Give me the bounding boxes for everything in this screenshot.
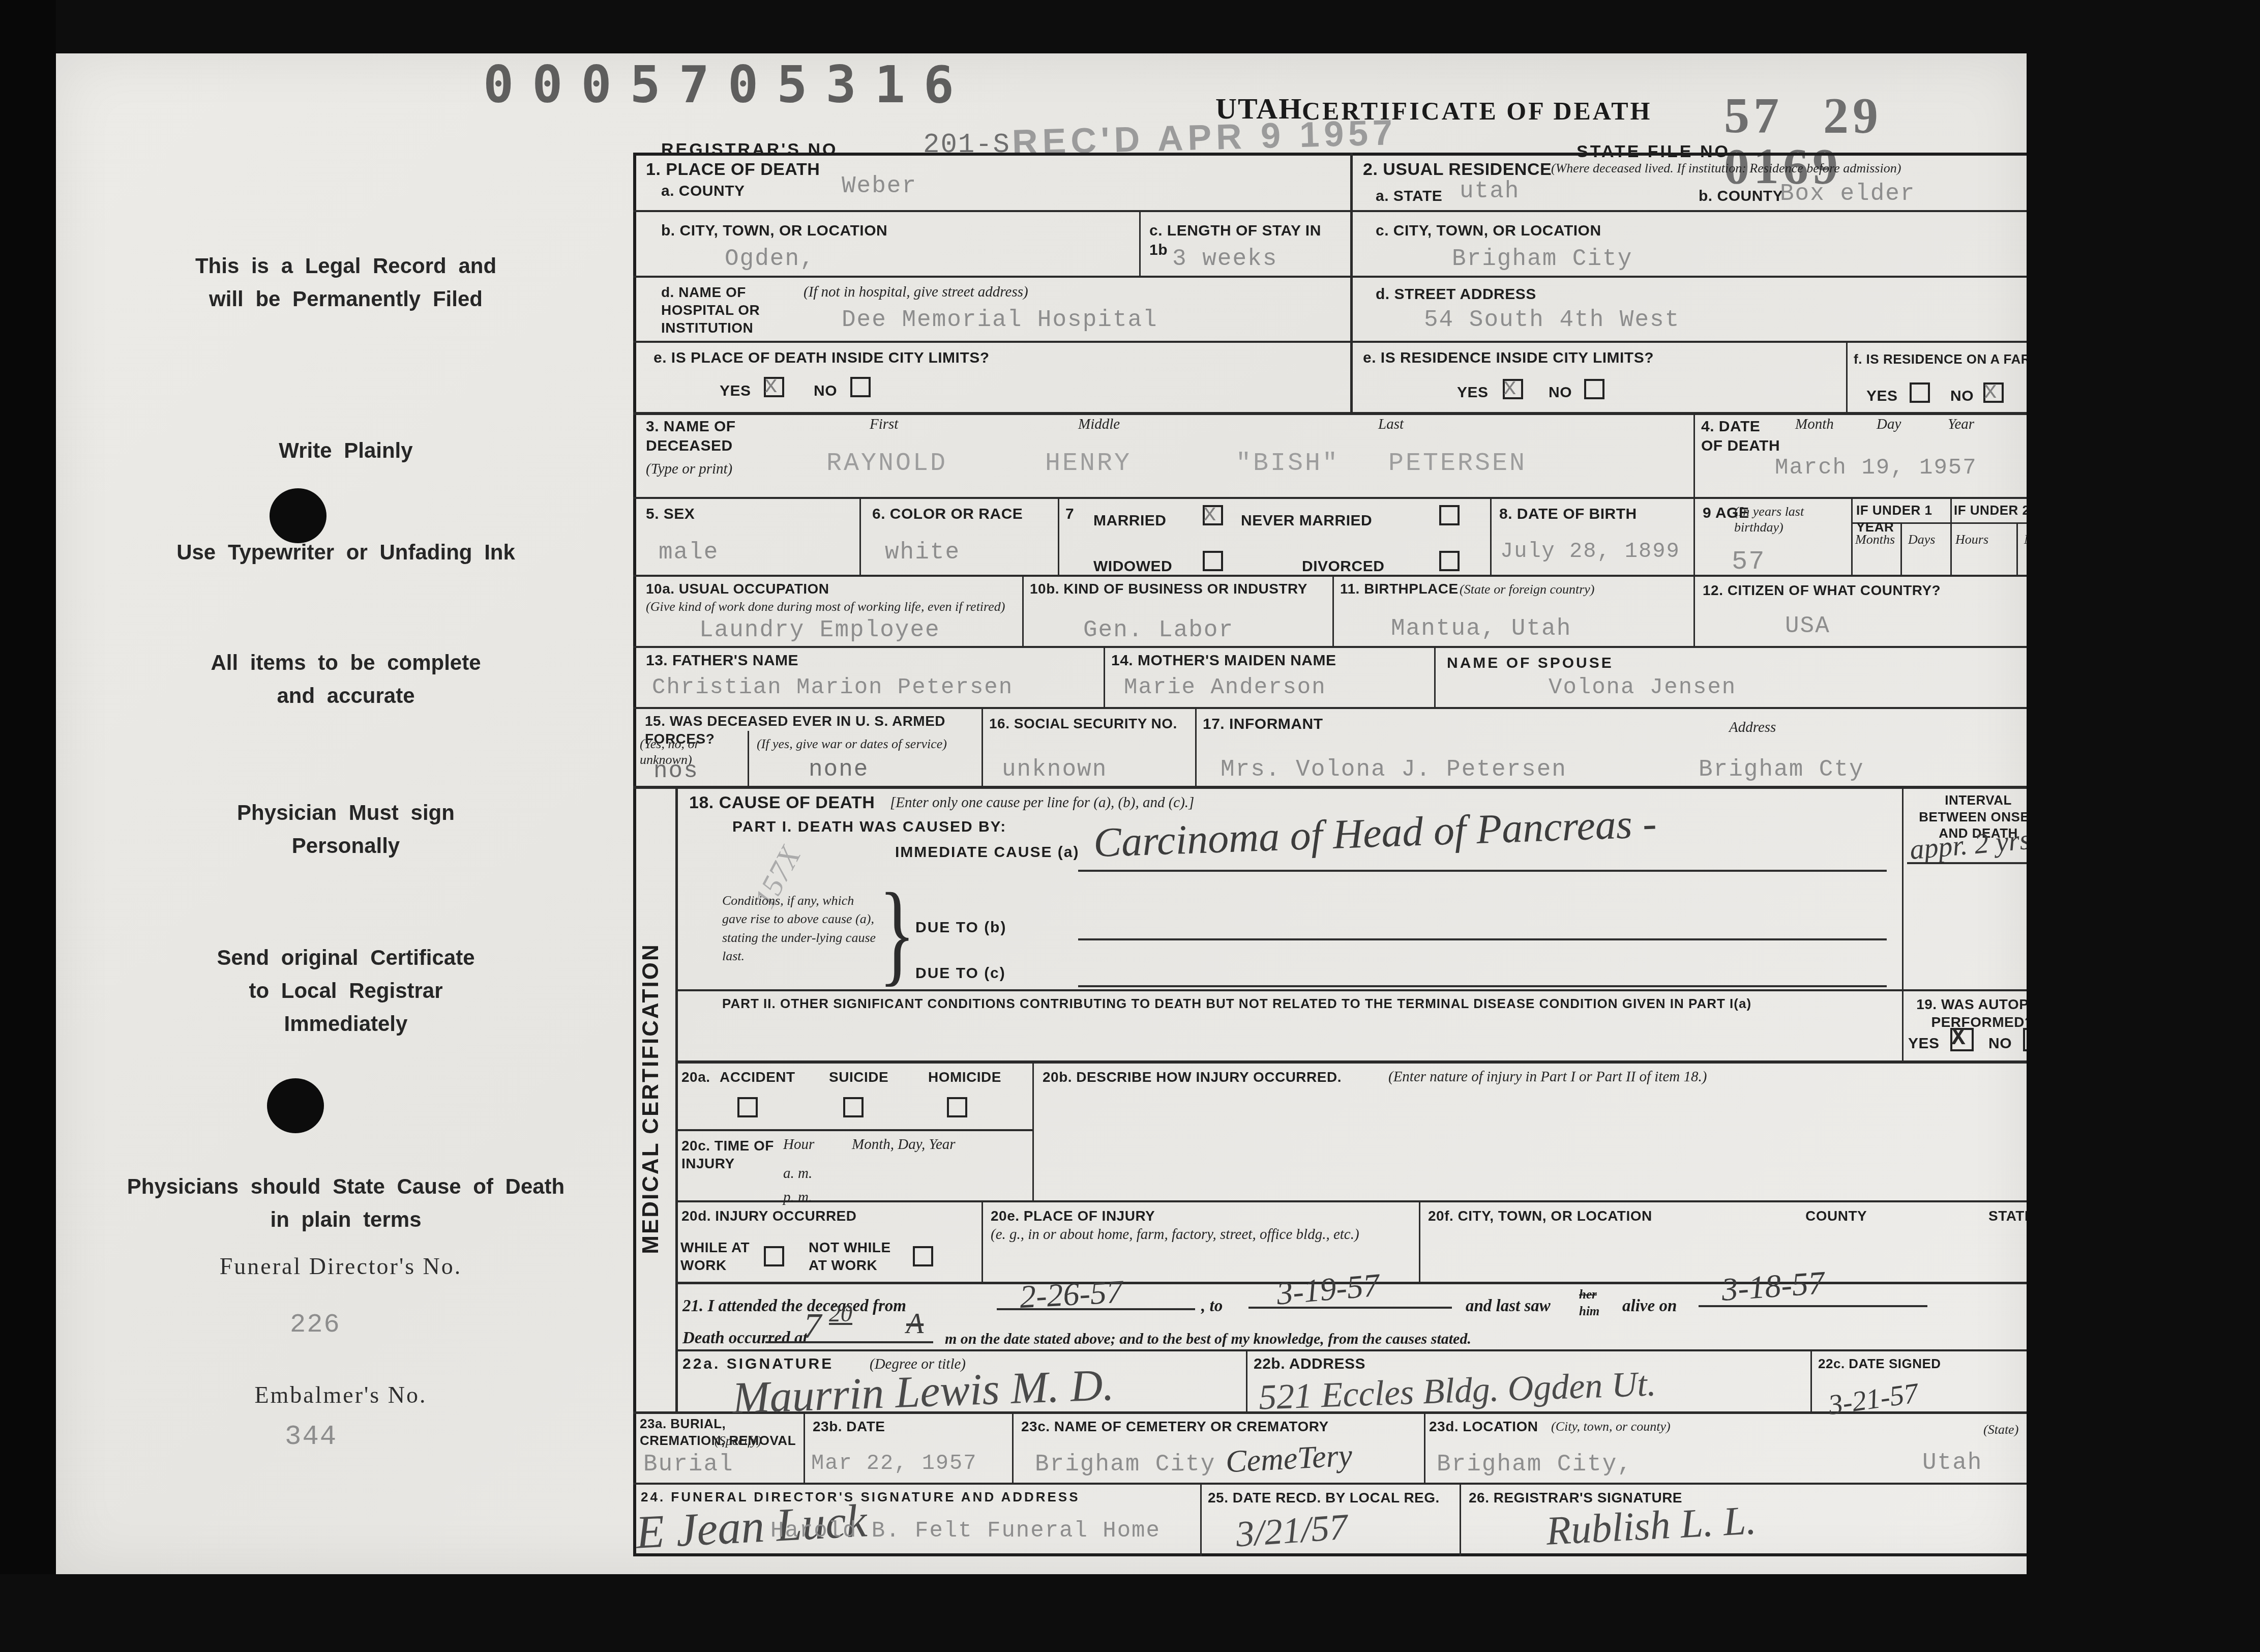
scanned-death-certificate: 0005705316 REGISTRAR'S NO. 201-S REC'D A…: [0, 0, 2260, 1652]
grid-line: [633, 707, 2083, 709]
grid-line: [1434, 646, 1436, 707]
grid-line: [633, 210, 1350, 212]
while-at-work-label: WHILE AT WORK: [680, 1238, 762, 1274]
month-label: Month: [1795, 416, 1834, 433]
name-of-deceased-label: 3. NAME OF DECEASED: [646, 417, 778, 455]
hospital-value: Dee Memorial Hospital: [842, 307, 1158, 334]
grid-line: [633, 786, 2083, 789]
grid-line: [1424, 1411, 1425, 1483]
attended-to-value: 3-19-57: [1275, 1268, 1381, 1310]
attended-from-value: 2-26-57: [1019, 1276, 1123, 1314]
sex-value: male: [659, 539, 719, 566]
grid-line: [675, 1060, 2083, 1064]
days-label: Days: [1908, 532, 1935, 547]
age-value: 57: [1732, 547, 1765, 577]
birthplace-label: 11. BIRTHPLACE: [1340, 580, 1459, 598]
divorced-checkbox: [1439, 551, 1460, 571]
grid-line: [1246, 1349, 1247, 1411]
informant-value: Mrs. Volona J. Petersen: [1221, 756, 1567, 783]
yes-label: YES: [720, 381, 751, 401]
age-note: (In years last birthday): [1734, 504, 1841, 535]
hole-punch: [270, 488, 326, 543]
residence-county-value: Box elder: [1780, 181, 1915, 208]
grid-line: [1350, 153, 1353, 412]
burial-date-value: Mar 22, 1957: [811, 1451, 977, 1476]
birthplace-value: Mantua, Utah: [1391, 615, 1571, 642]
due-to-b-label: DUE TO (b): [915, 918, 1006, 937]
location-note: (City, town, or county): [1551, 1419, 1671, 1434]
date-signed-label: 22c. DATE SIGNED: [1818, 1355, 1981, 1372]
grid-line: [633, 276, 2083, 278]
informant-label: 17. INFORMANT: [1203, 715, 1323, 734]
father-name-value: Christian Marion Petersen: [652, 675, 1013, 701]
date-of-death-label: 4. DATE OF DEATH: [1701, 417, 1782, 455]
grid-line: [1032, 1060, 1034, 1200]
her-word: her: [1579, 1287, 1597, 1304]
month-day-year-label: Month, Day, Year: [852, 1136, 1020, 1154]
scan-border-bottom: [0, 1574, 2260, 1652]
place-of-injury-note: (e. g., in or about home, farm, factory,…: [991, 1226, 1397, 1244]
hour-label: Hour: [783, 1136, 814, 1154]
serial-stamp: 0005705316: [483, 60, 972, 110]
grid-line: [804, 1411, 805, 1483]
grid-line: [1851, 497, 1853, 575]
item7-number: 7: [1065, 505, 1074, 524]
armed-forces-service-value: none: [809, 756, 869, 783]
yes-label: YES: [1908, 1034, 1940, 1053]
medical-certification-label: MEDICAL CERTIFICATION: [637, 788, 665, 1409]
grid-line: [2016, 522, 2018, 575]
residence-city-value: Brigham City: [1452, 246, 1632, 273]
burial-value: Burial: [643, 1451, 734, 1478]
title-state: UTAH: [1215, 94, 1302, 124]
grid-line: [1460, 1483, 1461, 1556]
ssn-value: unknown: [1002, 756, 1107, 783]
margin-note-plain-terms: Physicians should State Cause of Death i…: [122, 1170, 570, 1236]
struck-am-pm: A: [906, 1310, 924, 1338]
widowed-label: WIDOWED: [1093, 557, 1172, 576]
hours-label: Hours: [1955, 532, 1988, 547]
cemetery-value: Brigham City: [1035, 1451, 1215, 1478]
attended-text-3: and last saw: [1466, 1295, 1551, 1317]
date-of-birth-value: July 28, 1899: [1500, 539, 1680, 564]
no-label: NO: [1988, 1034, 2012, 1053]
death-city-limits-no-checkbox: [850, 377, 871, 397]
grid-line: [1012, 1411, 1014, 1483]
grid-line: [1022, 575, 1024, 646]
checkbox-mark: x: [1203, 501, 1217, 527]
embalmer-no-value: 344: [285, 1422, 337, 1453]
hole-punch: [267, 1078, 324, 1133]
injury-occurred-label: 20d. INJURY OCCURRED: [681, 1207, 857, 1225]
grid-line: [1058, 497, 1059, 575]
citizen-label: 12. CITIZEN OF WHAT COUNTRY?: [1703, 581, 2048, 599]
spouse-label: NAME OF SPOUSE: [1447, 654, 1614, 673]
margin-note-send-original: Send original Certificate to Local Regis…: [203, 941, 488, 1040]
no-label: NO: [814, 381, 837, 401]
city-label: b. CITY, TOWN, OR LOCATION: [661, 221, 887, 241]
street-address-value: 54 South 4th West: [1424, 307, 1680, 334]
grid-line: [1490, 497, 1492, 575]
pm-label: p. m.: [783, 1189, 812, 1206]
residence-city-label: c. CITY, TOWN, OR LOCATION: [1376, 221, 1601, 241]
first-label: First: [870, 416, 898, 433]
margin-note-legal-record: This is a Legal Record and will be Perma…: [188, 249, 503, 315]
time-of-injury-label: 20c. TIME OF INJURY: [681, 1137, 778, 1172]
grid-line: [633, 1483, 2083, 1485]
informant-address-value: Brigham Cty: [1699, 756, 1864, 783]
checkbox-mark: x: [1983, 378, 1998, 405]
sex-label: 5. SEX: [646, 505, 695, 524]
date-received-value: 3/21/57: [1235, 1508, 1349, 1552]
months-label: Months: [1855, 532, 1895, 547]
hospital-label: d. NAME OF HOSPITAL OR INSTITUTION: [661, 283, 798, 337]
usual-residence-note: (Where deceased lived. If institution: R…: [1551, 160, 2060, 176]
embalmer-no-label: Embalmer's No.: [137, 1380, 544, 1410]
burial-specify-note: (Specify): [715, 1433, 761, 1449]
residence-farm-yes-checkbox: [1910, 382, 1930, 403]
usual-residence-title: 2. USUAL RESIDENCE: [1363, 159, 1552, 181]
burial-date-label: 23b. DATE: [813, 1418, 885, 1435]
mother-name-value: Marie Anderson: [1124, 675, 1326, 701]
due-to-c-label: DUE TO (c): [915, 964, 1006, 983]
attended-text-2: , to: [1201, 1295, 1223, 1317]
place-of-death-title: 1. PLACE OF DEATH: [646, 159, 820, 181]
date-of-death-value: March 19, 1957: [1775, 455, 1977, 481]
part2-label: PART II. OTHER SIGNIFICANT CONDITIONS CO…: [722, 995, 1892, 1012]
grid-line: [1200, 1483, 1202, 1556]
cause-of-death-title: 18. CAUSE OF DEATH: [689, 792, 875, 814]
if-under-1-year-label: IF UNDER 1 YEAR: [1856, 502, 1950, 535]
am-label: a. m.: [783, 1165, 812, 1183]
death-occurred-text-2: m on the date stated above; and to the b…: [945, 1329, 1471, 1349]
year-label: Year: [1948, 416, 1974, 433]
grid-line: [1195, 707, 1197, 786]
grid-line: [675, 1349, 2083, 1351]
residence-state-label: a. STATE: [1376, 187, 1442, 206]
yes-label: YES: [1457, 383, 1489, 402]
married-label: MARRIED: [1093, 511, 1167, 530]
grid-line: [1104, 646, 1105, 707]
grid-line: [1419, 1200, 1420, 1282]
middle-name-value: HENRY: [1045, 449, 1132, 479]
grid-line: [633, 341, 2083, 343]
scan-border-right: [2027, 0, 2260, 1652]
scan-border-left: [0, 0, 56, 1652]
location-state-note: (State): [1983, 1422, 2018, 1437]
ssn-label: 16. SOCIAL SECURITY NO.: [989, 715, 1193, 732]
grid-line: [1846, 341, 1848, 412]
grid-line: [1902, 989, 1904, 1060]
registrar-signature: Rublish L. L.: [1545, 1500, 1757, 1552]
grid-line: [1139, 210, 1141, 276]
death-city-limits-label: e. IS PLACE OF DEATH INSIDE CITY LIMITS?: [653, 348, 990, 368]
location-value: Brigham City,: [1437, 1451, 1632, 1478]
location-state-value: Utah: [1922, 1450, 1982, 1477]
accident-label: ACCIDENT: [720, 1068, 795, 1086]
never-married-label: NEVER MARRIED: [1241, 511, 1372, 530]
father-name-label: 13. FATHER'S NAME: [646, 651, 798, 670]
grid-line: [1950, 497, 1952, 575]
brace-glyph: }: [879, 876, 915, 991]
margin-note-typewriter: Use Typewriter or Unfading Ink: [158, 536, 534, 569]
grid-line: [1350, 210, 2083, 212]
death-time-min: 20: [829, 1302, 852, 1325]
grid-line: [1810, 1349, 1812, 1411]
last-name-value: PETERSEN: [1388, 449, 1527, 479]
describe-injury-label: 20b. DESCRIBE HOW INJURY OCCURRED.: [1043, 1068, 1342, 1086]
suicide-checkbox: [843, 1097, 864, 1117]
death-city-limits-yes-checkbox: x: [764, 377, 784, 397]
day-label: Day: [1877, 416, 1901, 433]
industry-value: Gen. Labor: [1083, 617, 1234, 644]
residence-farm-no-checkbox: x: [1983, 382, 2004, 403]
mother-name-label: 14. MOTHER'S MAIDEN NAME: [1111, 651, 1336, 670]
type-or-print-note: (Type or print): [646, 460, 732, 478]
margin-note-complete: All items to be complete and accurate: [188, 646, 503, 712]
item20a-number: 20a.: [681, 1068, 710, 1086]
funeral-home-typed: Harold B. Felt Funeral Home: [770, 1518, 1161, 1544]
color-race-value: white: [885, 539, 960, 566]
county-value: Weber: [842, 173, 917, 200]
occupation-note: (Give kind of work done during most of w…: [646, 599, 1012, 614]
him-word: him: [1579, 1304, 1599, 1320]
color-race-label: 6. COLOR OR RACE: [872, 505, 1045, 524]
checkbox-mark: x: [1503, 375, 1517, 401]
residence-city-limits-yes-checkbox: x: [1503, 379, 1523, 399]
married-checkbox: x: [1203, 505, 1223, 525]
part1-label: PART I. DEATH WAS CAUSED BY:: [732, 817, 1006, 837]
informant-address-label: Address: [1729, 719, 1776, 736]
suicide-label: SUICIDE: [829, 1068, 888, 1086]
hospital-note: (If not in hospital, give street address…: [804, 283, 1028, 301]
occupation-label: 10a. USUAL OCCUPATION: [646, 580, 829, 598]
divorced-label: DIVORCED: [1302, 557, 1384, 576]
grid-line: [675, 1129, 1032, 1131]
county-label: a. COUNTY: [661, 182, 745, 201]
grid-line: [982, 1200, 983, 1282]
last-label: Last: [1378, 416, 1404, 433]
checkbox-mark: X: [1951, 1025, 1966, 1051]
nickname-value: "BISH": [1236, 449, 1340, 479]
while-at-work-checkbox: [764, 1246, 784, 1266]
certificate-paper: 0005705316 REGISTRAR'S NO. 201-S REC'D A…: [56, 53, 2027, 1574]
cemetery-label: 23c. NAME OF CEMETERY OR CREMATORY: [1021, 1418, 1418, 1435]
attended-text-4: alive on: [1622, 1295, 1677, 1317]
armed-forces-value: nos: [653, 758, 699, 785]
not-while-at-work-checkbox: [913, 1246, 933, 1266]
title-main: CERTIFICATE OF DEATH: [1302, 98, 1652, 124]
homicide-checkbox: [947, 1097, 967, 1117]
homicide-label: HOMICIDE: [928, 1068, 1001, 1086]
city-value: Ogden,: [725, 246, 815, 273]
no-label: NO: [1549, 383, 1572, 402]
never-married-checkbox: [1439, 505, 1460, 525]
industry-label: 10b. KIND OF BUSINESS OR INDUSTRY: [1030, 580, 1325, 598]
medical-certification-strip-line: [675, 786, 678, 1411]
grid-line: [633, 412, 2083, 415]
widowed-checkbox: [1203, 551, 1223, 571]
autopsy-yes-checkbox: X: [1950, 1028, 1974, 1051]
grid-line: [633, 497, 2083, 499]
cause-b-line: [1078, 908, 1887, 940]
residence-city-limits-no-checkbox: [1584, 379, 1604, 399]
residence-county-label: b. COUNTY: [1699, 187, 1783, 206]
place-of-injury-label: 20e. PLACE OF INJURY: [991, 1207, 1155, 1225]
physician-address-label: 22b. ADDRESS: [1254, 1354, 1365, 1374]
grid-line: [982, 707, 983, 786]
injury-city-label: 20f. CITY, TOWN, OR LOCATION: [1428, 1207, 1652, 1225]
margin-note-write-plainly: Write Plainly: [147, 434, 544, 467]
injury-county-label: COUNTY: [1805, 1207, 1867, 1225]
checkbox-mark: x: [764, 373, 778, 399]
immediate-cause-label: IMMEDIATE CAUSE (a): [895, 843, 1079, 862]
date-received-label: 25. DATE RECD. BY LOCAL REG.: [1208, 1489, 1452, 1507]
occupation-value: Laundry Employee: [699, 617, 940, 644]
spouse-value: Volona Jensen: [1549, 675, 1736, 701]
street-address-label: d. STREET ADDRESS: [1376, 285, 1536, 304]
cause-of-death-note: [Enter only one cause per line for (a), …: [890, 794, 1194, 812]
grid-line: [675, 1200, 2083, 1202]
no-label: NO: [1950, 387, 1974, 406]
funeral-director-no-label: Funeral Director's No.: [137, 1251, 544, 1282]
grid-line: [1693, 412, 1695, 646]
describe-injury-note: (Enter nature of injury in Part I or Par…: [1388, 1068, 1871, 1086]
length-of-stay-value: 3 weeks: [1172, 246, 1277, 273]
residence-city-limits-label: e. IS RESIDENCE INSIDE CITY LIMITS?: [1363, 348, 1795, 368]
grid-line: [1332, 575, 1334, 646]
not-while-at-work-label: NOT WHILE AT WORK: [809, 1238, 905, 1274]
grid-line: [859, 497, 861, 575]
first-name-value: RAYNOLD: [826, 449, 947, 479]
margin-note-physician-sign: Physician Must sign Personally: [203, 796, 488, 862]
citizen-value: USA: [1785, 613, 1830, 640]
location-label: 23d. LOCATION: [1429, 1418, 1538, 1435]
cemetery-hand-value: CemeTery: [1225, 1440, 1353, 1478]
lastsaw-value: 3-18-57: [1720, 1266, 1826, 1306]
grid-line: [633, 646, 2083, 648]
cause-c-line: [1078, 955, 1887, 987]
conditions-note: Conditions, if any, which gave rise to a…: [722, 892, 880, 966]
birthplace-note: (State or foreign country): [1460, 581, 1673, 597]
scan-border-top: [0, 0, 2260, 53]
death-time-hour: 7: [804, 1309, 821, 1344]
middle-label: Middle: [1078, 416, 1120, 433]
residence-state-value: utah: [1460, 178, 1520, 205]
armed-forces-note2: (If yes, give war or dates of service): [757, 736, 975, 752]
accident-checkbox: [737, 1097, 758, 1117]
funeral-director-no-value: 226: [290, 1310, 341, 1340]
yes-label: YES: [1866, 387, 1898, 406]
date-of-birth-label: 8. DATE OF BIRTH: [1499, 505, 1692, 524]
